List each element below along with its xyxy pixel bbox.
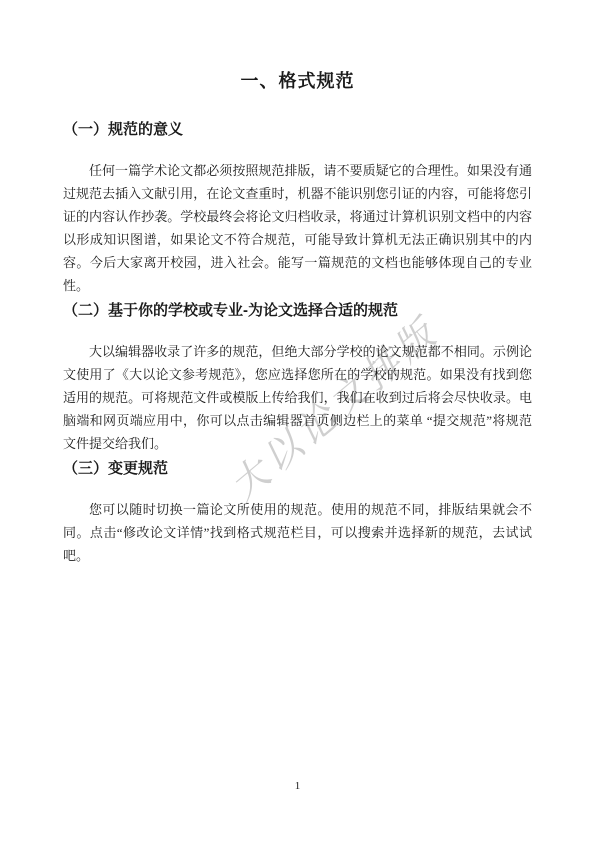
section-body-1: 任何一篇学术论文都必须按照规范排版，请不要质疑它的合理性。如果没有通过规范去插入… — [63, 159, 532, 297]
page-content: 一、格式规范 （一）规范的意义 任何一篇学术论文都必须按照规范排版，请不要质疑它… — [0, 0, 595, 567]
section-body-2: 大以编辑器收录了许多的规范，但绝大部分学校的论文规范都不相同。示例论文使用了《大… — [63, 340, 532, 455]
document-page: 大以论文排版 一、格式规范 （一）规范的意义 任何一篇学术论文都必须按照规范排版… — [0, 0, 595, 842]
page-number: 1 — [0, 779, 595, 793]
section-body-3: 您可以随时切换一篇论文所使用的规范。使用的规范不同，排版结果就会不同。点击“修改… — [63, 498, 532, 567]
section-heading-1: （一）规范的意义 — [63, 120, 532, 140]
document-title: 一、格式规范 — [63, 68, 532, 94]
section-heading-2: （二）基于你的学校或专业-为论文选择合适的规范 — [63, 301, 532, 321]
section-heading-3: （三）变更规范 — [63, 459, 532, 479]
